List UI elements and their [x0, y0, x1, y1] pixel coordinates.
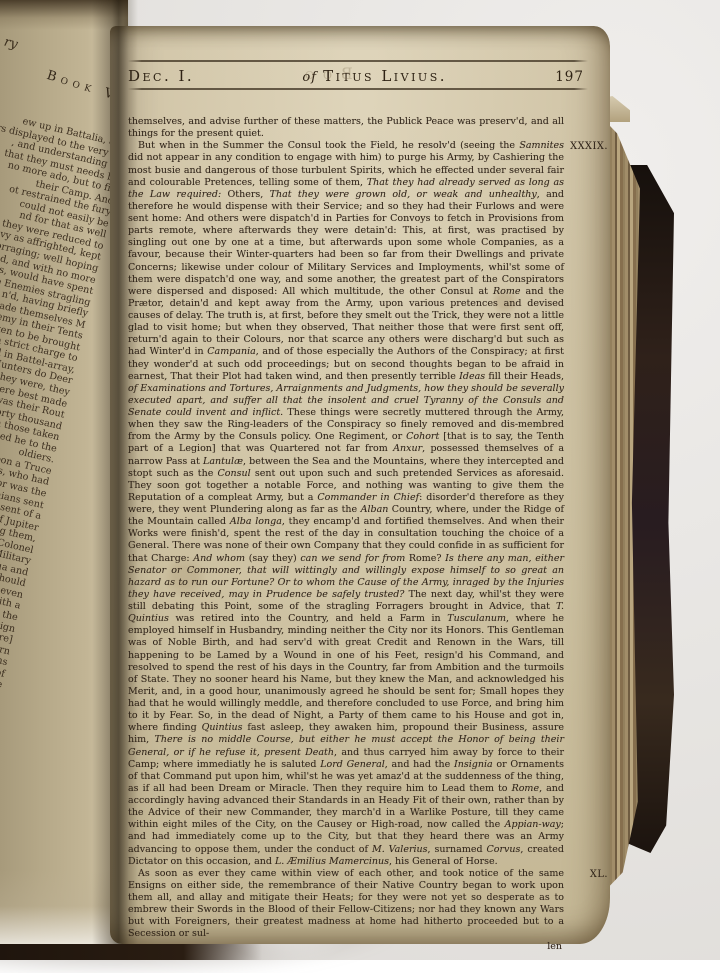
margin-note: XL.	[590, 869, 608, 881]
italic-text-segment: Campania	[207, 346, 256, 357]
header-decade-label: Dec. I.	[128, 67, 194, 85]
page-number: 197	[555, 69, 584, 85]
italic-text-segment: L. Æmilius Mamercinus	[275, 856, 389, 867]
italic-text-segment: Lantulæ	[203, 456, 243, 467]
italic-text-segment: Lord General	[320, 759, 385, 770]
italic-text-segment: Alba longa	[230, 516, 282, 527]
bleed-through-text: Boo	[296, 64, 353, 83]
text-segment: Rome?	[405, 553, 445, 564]
text-segment: themselves, and advise further of these …	[128, 116, 564, 139]
italic-text-segment: Commander in Chief	[317, 492, 419, 503]
header-rule-bottom	[128, 88, 588, 90]
italic-text-segment: And whom	[193, 553, 245, 564]
italic-text-segment: Cohort	[406, 431, 439, 442]
text-segment: , surnamed	[428, 844, 487, 855]
italic-text-segment: Rome	[512, 783, 540, 794]
text-segment: , where he employed himself in Husbandry…	[128, 613, 564, 733]
text-segment: (say they)	[245, 553, 300, 564]
paragraph: themselves, and advise further of these …	[128, 116, 564, 140]
italic-text-segment: That they were grown old, or weak and un…	[270, 189, 537, 200]
running-header: Boo Dec. I. ofTitus Livius. 197	[126, 60, 590, 90]
italic-text-segment: Corvus	[486, 844, 520, 855]
left-page: ry Book V ew up in Battalia, anders disp…	[0, 0, 128, 950]
italic-text-segment: Rome	[493, 286, 521, 297]
text-segment: was retired into the Country, and held a…	[169, 613, 447, 624]
italic-text-segment: Anxur	[393, 443, 422, 454]
italic-text-segment: Quintius	[202, 722, 243, 733]
bottom-cover-band	[0, 944, 262, 960]
italic-text-segment: Samnites	[519, 140, 564, 151]
margin-note: XXXIX.	[570, 141, 608, 153]
text-segment: Others,	[221, 189, 269, 200]
italic-text-segment: Consul	[218, 468, 251, 479]
text-segment: , and had the	[385, 759, 454, 770]
italic-text-segment: can we send for from	[300, 553, 405, 564]
italic-text-segment: M. Valerius	[372, 844, 428, 855]
left-page-corner-fragment: ry	[2, 35, 19, 53]
italic-text-segment: Appian-way	[505, 819, 561, 830]
text-segment: But when in the Summer the Consul took t…	[138, 140, 519, 151]
italic-text-segment: Tusculanum	[447, 613, 506, 624]
text-segment: , and therefore he would dispense with t…	[128, 189, 564, 297]
paragraph: XL.As soon as ever they came within view…	[128, 868, 564, 941]
italic-text-segment: Ideas	[459, 371, 485, 382]
text-segment: , his General of Horse.	[389, 856, 498, 867]
italic-text-segment: Alban	[361, 504, 389, 515]
verso-lines: ew up in Battalia, anders displayed to t…	[0, 73, 128, 894]
text-segment: fill their Heads,	[485, 371, 564, 382]
text-block: themselves, and advise further of these …	[128, 116, 564, 930]
text-segment: As soon as ever they came within view of…	[128, 868, 564, 940]
right-page: Boo Dec. I. ofTitus Livius. 197 themselv…	[110, 26, 610, 944]
paragraph: XXXIX.But when in the Summer the Consul …	[128, 140, 564, 868]
italic-text-segment: Insignia	[454, 759, 493, 770]
